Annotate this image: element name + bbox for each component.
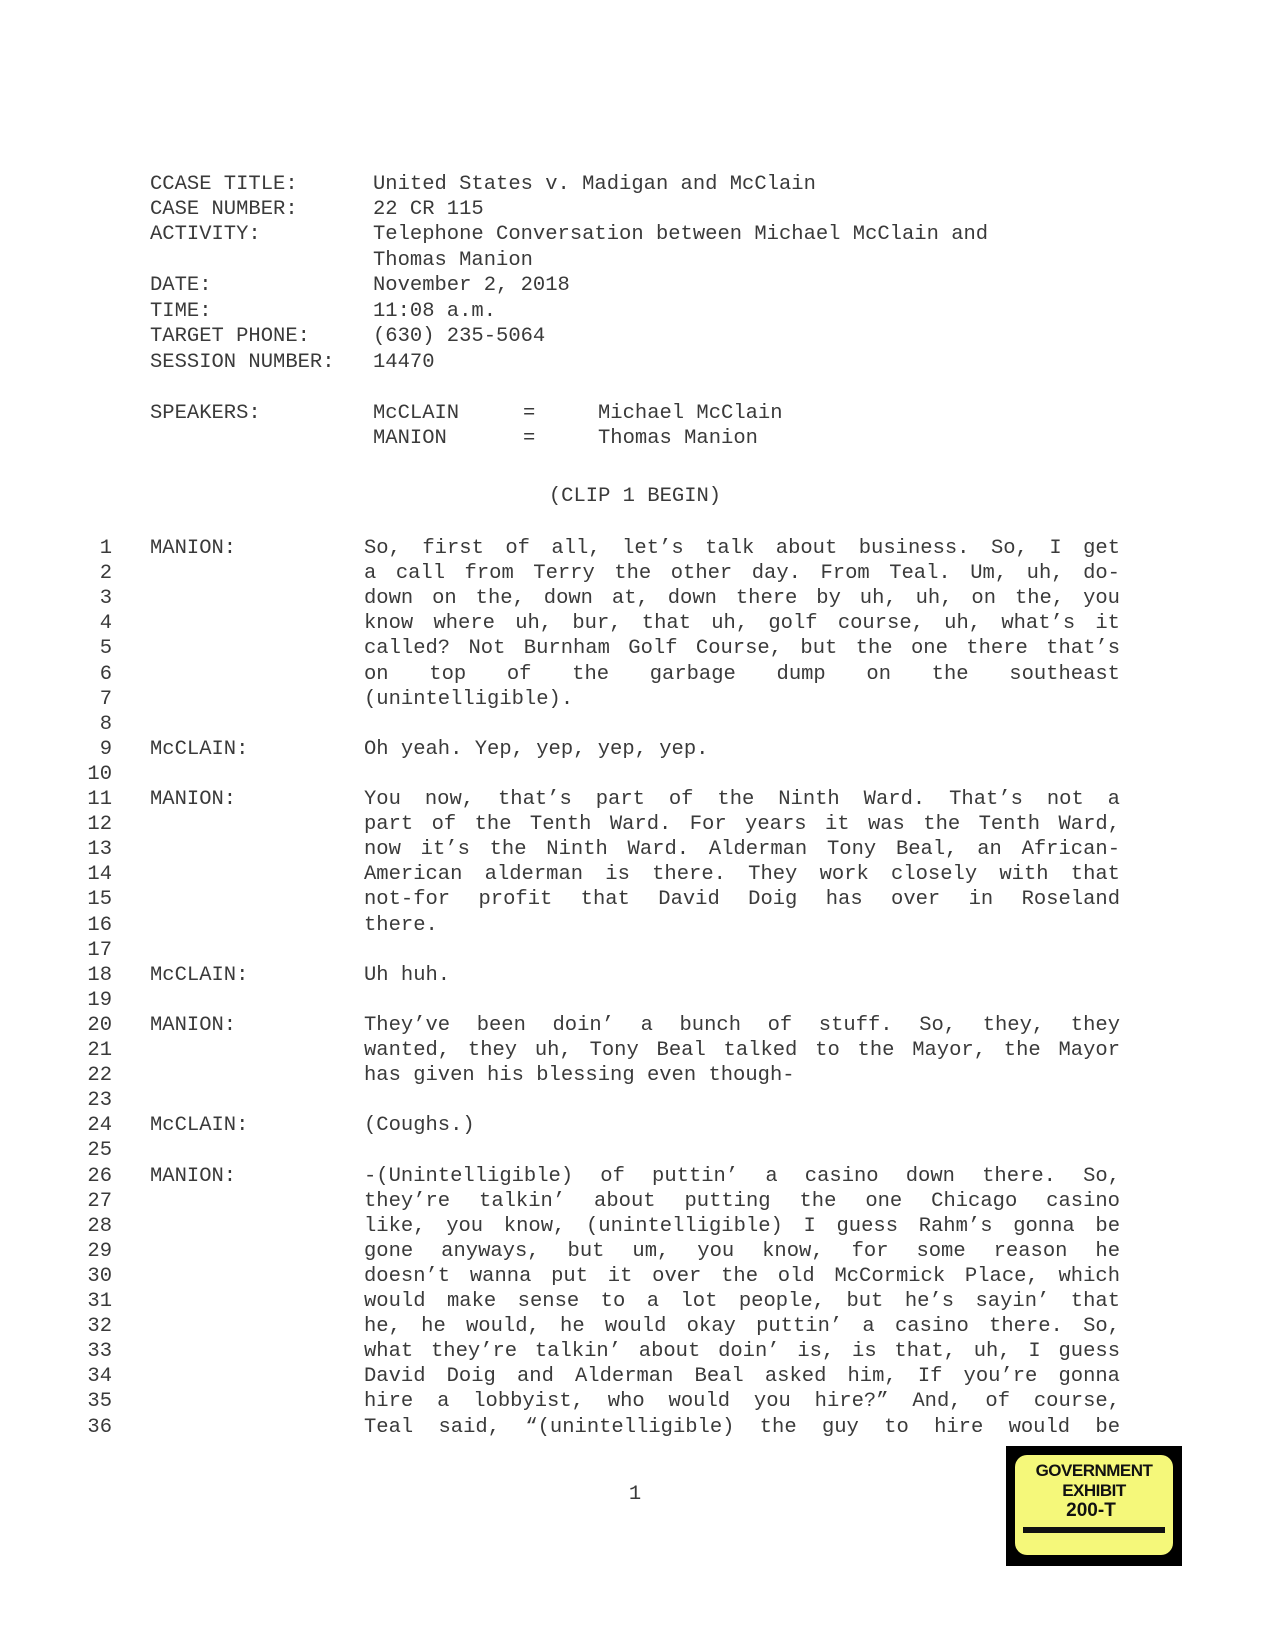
line-number: 21 (70, 1038, 112, 1063)
line-number: 14 (70, 862, 112, 887)
transcript-line: 26MANION:-(Unintelligible) of puttin’ a … (0, 1164, 1265, 1189)
date-value: November 2, 2018 (373, 273, 570, 299)
case-title-label: CCASE TITLE: (150, 172, 298, 198)
target-phone-label: TARGET PHONE: (150, 324, 310, 350)
transcript-line: 33what they’re talkin’ about doin’ is, i… (0, 1339, 1265, 1364)
utterance-text: called? Not Burnham Golf Course, but the… (364, 636, 1120, 661)
date-label: DATE: (150, 273, 212, 299)
utterance-text: doesn’t wanna put it over the old McCorm… (364, 1264, 1120, 1289)
line-number: 2 (70, 561, 112, 586)
line-number: 5 (70, 636, 112, 661)
speaker-label: McCLAIN: (150, 1113, 248, 1138)
session-number-label: SESSION NUMBER: (150, 350, 335, 376)
speaker-label: MANION: (150, 787, 236, 812)
utterance-text: Oh yeah. Yep, yep, yep, yep. (364, 737, 1120, 762)
transcript-line: 1MANION:So, first of all, let’s talk abo… (0, 536, 1265, 561)
utterance-text (364, 988, 1120, 1013)
utterance-text: a call from Terry the other day. From Te… (364, 561, 1120, 586)
line-number: 9 (70, 737, 112, 762)
speaker-label: MANION: (150, 1164, 236, 1189)
utterance-text: gone anyways, but um, you know, for some… (364, 1239, 1120, 1264)
line-number: 31 (70, 1289, 112, 1314)
transcript-line: 21wanted, they uh, Tony Beal talked to t… (0, 1038, 1265, 1063)
utterance-text (364, 762, 1120, 787)
transcript-line: 25 (0, 1138, 1265, 1163)
transcript-line: 18McCLAIN:Uh huh. (0, 963, 1265, 988)
utterance-text: American alderman is there. They work cl… (364, 862, 1120, 887)
transcript-line: 15not-for profit that David Doig has ove… (0, 887, 1265, 912)
transcript-page: CCASE TITLE: United States v. Madigan an… (0, 0, 1265, 1638)
time-value: 11:08 a.m. (373, 299, 496, 325)
line-number: 26 (70, 1164, 112, 1189)
transcript-line: 27they’re talkin’ about putting the one … (0, 1189, 1265, 1214)
transcript-line: 10 (0, 762, 1265, 787)
transcript-line: 9McCLAIN:Oh yeah. Yep, yep, yep, yep. (0, 737, 1265, 762)
line-number: 13 (70, 837, 112, 862)
transcript-line: 31would make sense to a lot people, but … (0, 1289, 1265, 1314)
speaker-code: MANION (373, 426, 447, 452)
utterance-text: (Coughs.) (364, 1113, 1120, 1138)
utterance-text: has given his blessing even though- (364, 1063, 1120, 1088)
speaker-name: Michael McClain (598, 401, 783, 427)
utterance-text: hire a lobbyist, who would you hire?” An… (364, 1389, 1120, 1414)
transcript-line: 14American alderman is there. They work … (0, 862, 1265, 887)
line-number: 33 (70, 1339, 112, 1364)
activity-value-cont: Thomas Manion (373, 248, 533, 274)
line-number: 10 (70, 762, 112, 787)
transcript-line: 4know where uh, bur, that uh, golf cours… (0, 611, 1265, 636)
utterance-text: part of the Tenth Ward. For years it was… (364, 812, 1120, 837)
transcript-line: 20MANION:They’ve been doin’ a bunch of s… (0, 1013, 1265, 1038)
line-number: 32 (70, 1314, 112, 1339)
utterance-text: (unintelligible). (364, 687, 1120, 712)
utterance-text: Teal said, “(unintelligible) the guy to … (364, 1415, 1120, 1440)
transcript-line: 36Teal said, “(unintelligible) the guy t… (0, 1415, 1265, 1440)
utterance-text (364, 1138, 1120, 1163)
utterance-text: not-for profit that David Doig has over … (364, 887, 1120, 912)
speaker-label: MANION: (150, 1013, 236, 1038)
line-number: 35 (70, 1389, 112, 1414)
exhibit-underline (1023, 1527, 1165, 1533)
line-number: 7 (70, 687, 112, 712)
activity-label: ACTIVITY: (150, 222, 261, 248)
line-number: 1 (70, 536, 112, 561)
transcript-line: 32he, he would, he would okay puttin’ a … (0, 1314, 1265, 1339)
line-number: 15 (70, 887, 112, 912)
speakers-label: SPEAKERS: (150, 401, 261, 427)
case-number-label: CASE NUMBER: (150, 197, 298, 223)
speaker-equals: = (523, 401, 535, 427)
target-phone-value: (630) 235-5064 (373, 324, 545, 350)
transcript-line: 30doesn’t wanna put it over the old McCo… (0, 1264, 1265, 1289)
transcript-line: 5called? Not Burnham Golf Course, but th… (0, 636, 1265, 661)
utterance-text: -(Unintelligible) of puttin’ a casino do… (364, 1164, 1120, 1189)
exhibit-sticker: GOVERNMENT EXHIBIT 200-T (1006, 1446, 1182, 1566)
speaker-code: McCLAIN (373, 401, 459, 427)
transcript-line: 2a call from Terry the other day. From T… (0, 561, 1265, 586)
speaker-equals: = (523, 426, 535, 452)
transcript-line: 35hire a lobbyist, who would you hire?” … (0, 1389, 1265, 1414)
exhibit-sticker-label: GOVERNMENT EXHIBIT 200-T (1015, 1455, 1173, 1555)
utterance-text: they’re talkin’ about putting the one Ch… (364, 1189, 1120, 1214)
utterance-text: down on the, down at, down there by uh, … (364, 586, 1120, 611)
transcript-line: 22has given his blessing even though- (0, 1063, 1265, 1088)
utterance-text (364, 712, 1120, 737)
line-number: 20 (70, 1013, 112, 1038)
clip-marker: (CLIP 1 BEGIN) (0, 484, 1265, 510)
utterance-text (364, 938, 1120, 963)
case-number-value: 22 CR 115 (373, 197, 484, 223)
utterance-text: he, he would, he would okay puttin’ a ca… (364, 1314, 1120, 1339)
transcript-line: 19 (0, 988, 1265, 1013)
transcript-line: 8 (0, 712, 1265, 737)
utterance-text: like, you know, (unintelligible) I guess… (364, 1214, 1120, 1239)
line-number: 4 (70, 611, 112, 636)
transcript-line: 34David Doig and Alderman Beal asked him… (0, 1364, 1265, 1389)
line-number: 25 (70, 1138, 112, 1163)
utterance-text: You now, that’s part of the Ninth Ward. … (364, 787, 1120, 812)
line-number: 12 (70, 812, 112, 837)
line-number: 3 (70, 586, 112, 611)
utterance-text: on top of the garbage dump on the southe… (364, 662, 1120, 687)
utterance-text: So, first of all, let’s talk about busin… (364, 536, 1120, 561)
transcript-line: 13now it’s the Ninth Ward. Alderman Tony… (0, 837, 1265, 862)
utterance-text: what they’re talkin’ about doin’ is, is … (364, 1339, 1120, 1364)
utterance-text: there. (364, 913, 1120, 938)
exhibit-line-exhibit: EXHIBIT (1015, 1481, 1173, 1501)
utterance-text: would make sense to a lot people, but he… (364, 1289, 1120, 1314)
line-number: 29 (70, 1239, 112, 1264)
utterance-text: Uh huh. (364, 963, 1120, 988)
transcript-line: 24McCLAIN:(Coughs.) (0, 1113, 1265, 1138)
transcript-line: 17 (0, 938, 1265, 963)
utterance-text: David Doig and Alderman Beal asked him, … (364, 1364, 1120, 1389)
line-number: 28 (70, 1214, 112, 1239)
transcript-line: 6on top of the garbage dump on the south… (0, 662, 1265, 687)
utterance-text: know where uh, bur, that uh, golf course… (364, 611, 1120, 636)
utterance-text: wanted, they uh, Tony Beal talked to the… (364, 1038, 1120, 1063)
utterance-text: now it’s the Ninth Ward. Alderman Tony B… (364, 837, 1120, 862)
speaker-label: McCLAIN: (150, 737, 248, 762)
line-number: 27 (70, 1189, 112, 1214)
speaker-label: McCLAIN: (150, 963, 248, 988)
line-number: 22 (70, 1063, 112, 1088)
transcript-line: 7(unintelligible). (0, 687, 1265, 712)
line-number: 17 (70, 938, 112, 963)
speaker-label: MANION: (150, 536, 236, 561)
line-number: 23 (70, 1088, 112, 1113)
speaker-name: Thomas Manion (598, 426, 758, 452)
transcript-line: 16there. (0, 913, 1265, 938)
line-number: 30 (70, 1264, 112, 1289)
time-label: TIME: (150, 299, 212, 325)
transcript-line: 23 (0, 1088, 1265, 1113)
utterance-text (364, 1088, 1120, 1113)
page-number: 1 (620, 1482, 650, 1508)
transcript-line: 12part of the Tenth Ward. For years it w… (0, 812, 1265, 837)
line-number: 6 (70, 662, 112, 687)
session-number-value: 14470 (373, 350, 435, 376)
transcript-line: 11MANION:You now, that’s part of the Nin… (0, 787, 1265, 812)
utterance-text: They’ve been doin’ a bunch of stuff. So,… (364, 1013, 1120, 1038)
activity-value: Telephone Conversation between Michael M… (373, 222, 988, 248)
transcript-line: 29gone anyways, but um, you know, for so… (0, 1239, 1265, 1264)
line-number: 8 (70, 712, 112, 737)
line-number: 34 (70, 1364, 112, 1389)
line-number: 36 (70, 1415, 112, 1440)
transcript-line: 3down on the, down at, down there by uh,… (0, 586, 1265, 611)
line-number: 24 (70, 1113, 112, 1138)
line-number: 18 (70, 963, 112, 988)
line-number: 19 (70, 988, 112, 1013)
transcript-line: 28like, you know, (unintelligible) I gue… (0, 1214, 1265, 1239)
line-number: 11 (70, 787, 112, 812)
exhibit-number: 200-T (1015, 1500, 1173, 1522)
exhibit-line-government: GOVERNMENT (1015, 1461, 1173, 1481)
case-title-value: United States v. Madigan and McClain (373, 172, 816, 198)
line-number: 16 (70, 913, 112, 938)
